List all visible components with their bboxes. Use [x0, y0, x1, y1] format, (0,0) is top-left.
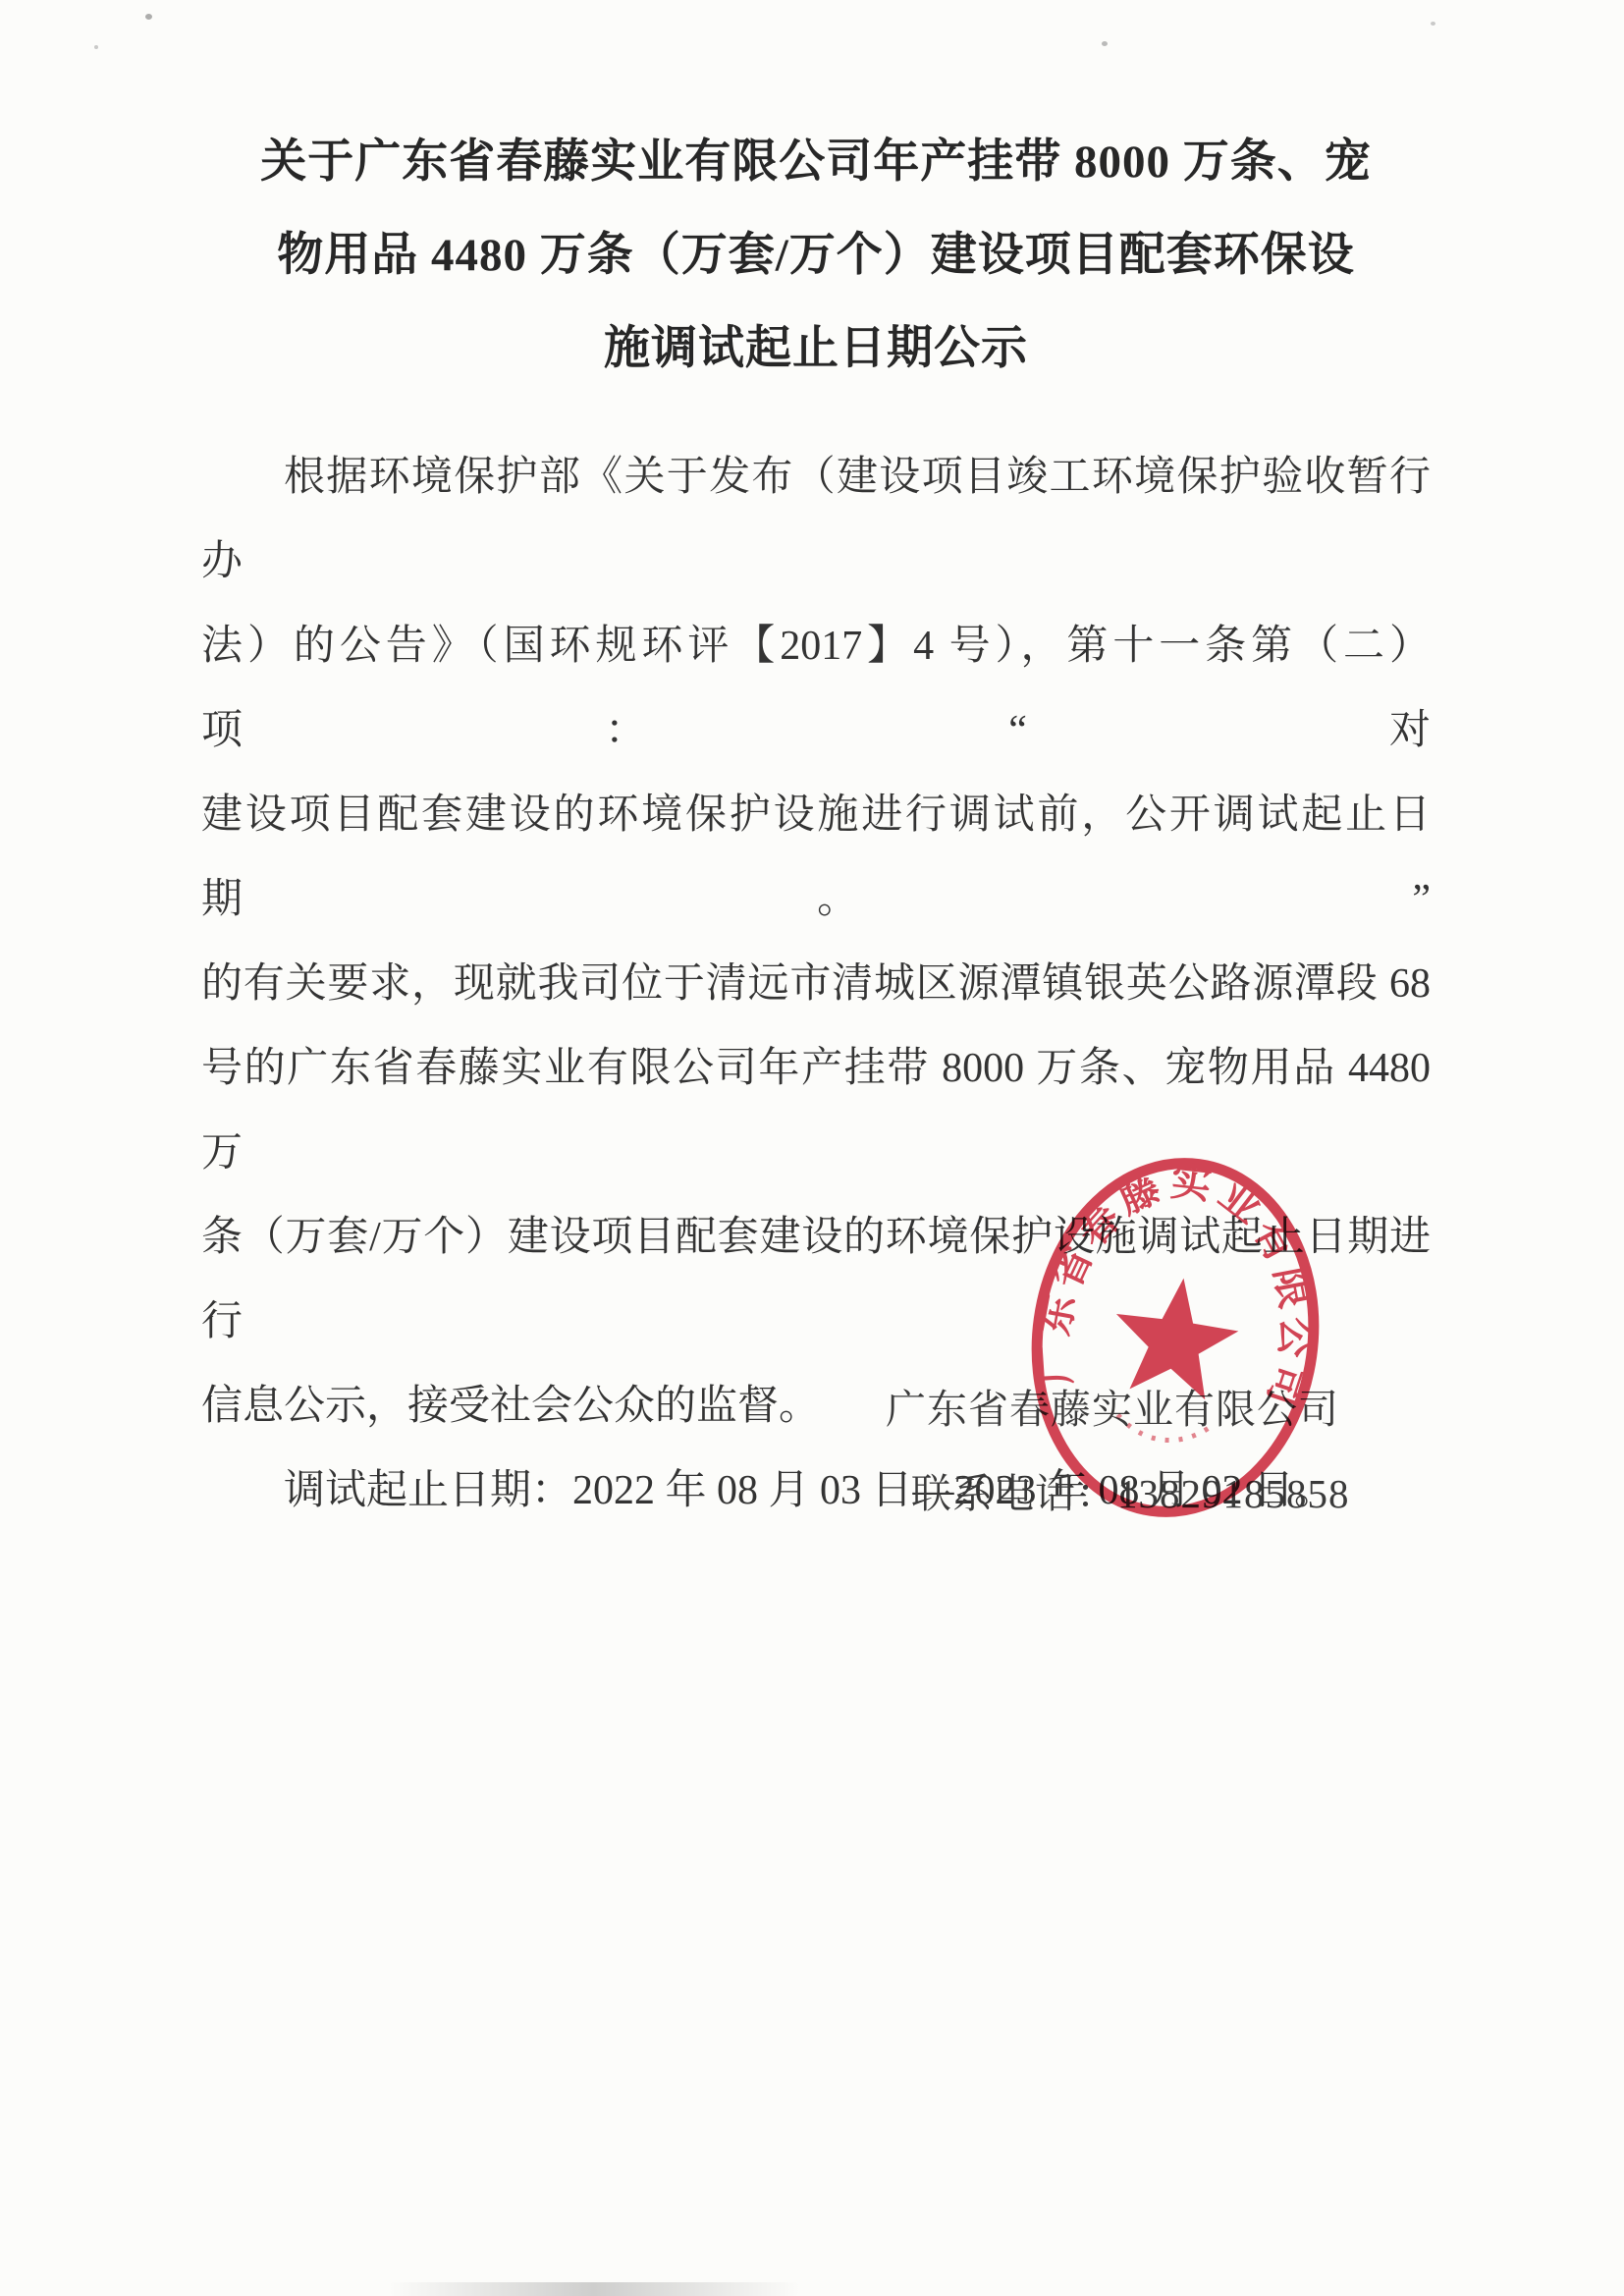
body-line: 建设项目配套建设的环境保护设施进行调试前，公开调试起止日期。” [201, 773, 1431, 942]
body-line: 的有关要求，现就我司位于清远市清城区源潭镇银英公路源潭段 68 [201, 942, 1431, 1026]
document-title: 关于广东省春藤实业有限公司年产挂带 8000 万条、宠 物用品 4480 万条（… [201, 116, 1431, 396]
company-seal: 广东省春藤实业有限公司 [1013, 1141, 1337, 1544]
title-line-1: 关于广东省春藤实业有限公司年产挂带 8000 万条、宠 [201, 116, 1431, 209]
body-line: 法）的公告》（国环规环评【2017】4 号），第十一条第（二）项：“对 [201, 604, 1431, 773]
seal-ring-text: 广东省春藤实业有限公司 [1024, 1141, 1337, 1425]
scan-speck [1102, 41, 1108, 46]
scan-smudge [388, 2282, 800, 2296]
title-line-3: 施调试起止日期公示 [201, 302, 1431, 396]
title-line-2: 物用品 4480 万条（万套/万个）建设项目配套环保设 [201, 209, 1431, 302]
seal-star-icon [1107, 1270, 1245, 1403]
scan-speck [94, 45, 98, 49]
scan-speck [1431, 22, 1435, 26]
scan-speck [145, 14, 152, 20]
body-line: 根据环境保护部《关于发布（建设项目竣工环境保护验收暂行办 [201, 435, 1431, 604]
scanned-notice-page: 关于广东省春藤实业有限公司年产挂带 8000 万条、宠 物用品 4480 万条（… [0, 0, 1624, 2296]
seal-serial-arc [1115, 1415, 1210, 1447]
